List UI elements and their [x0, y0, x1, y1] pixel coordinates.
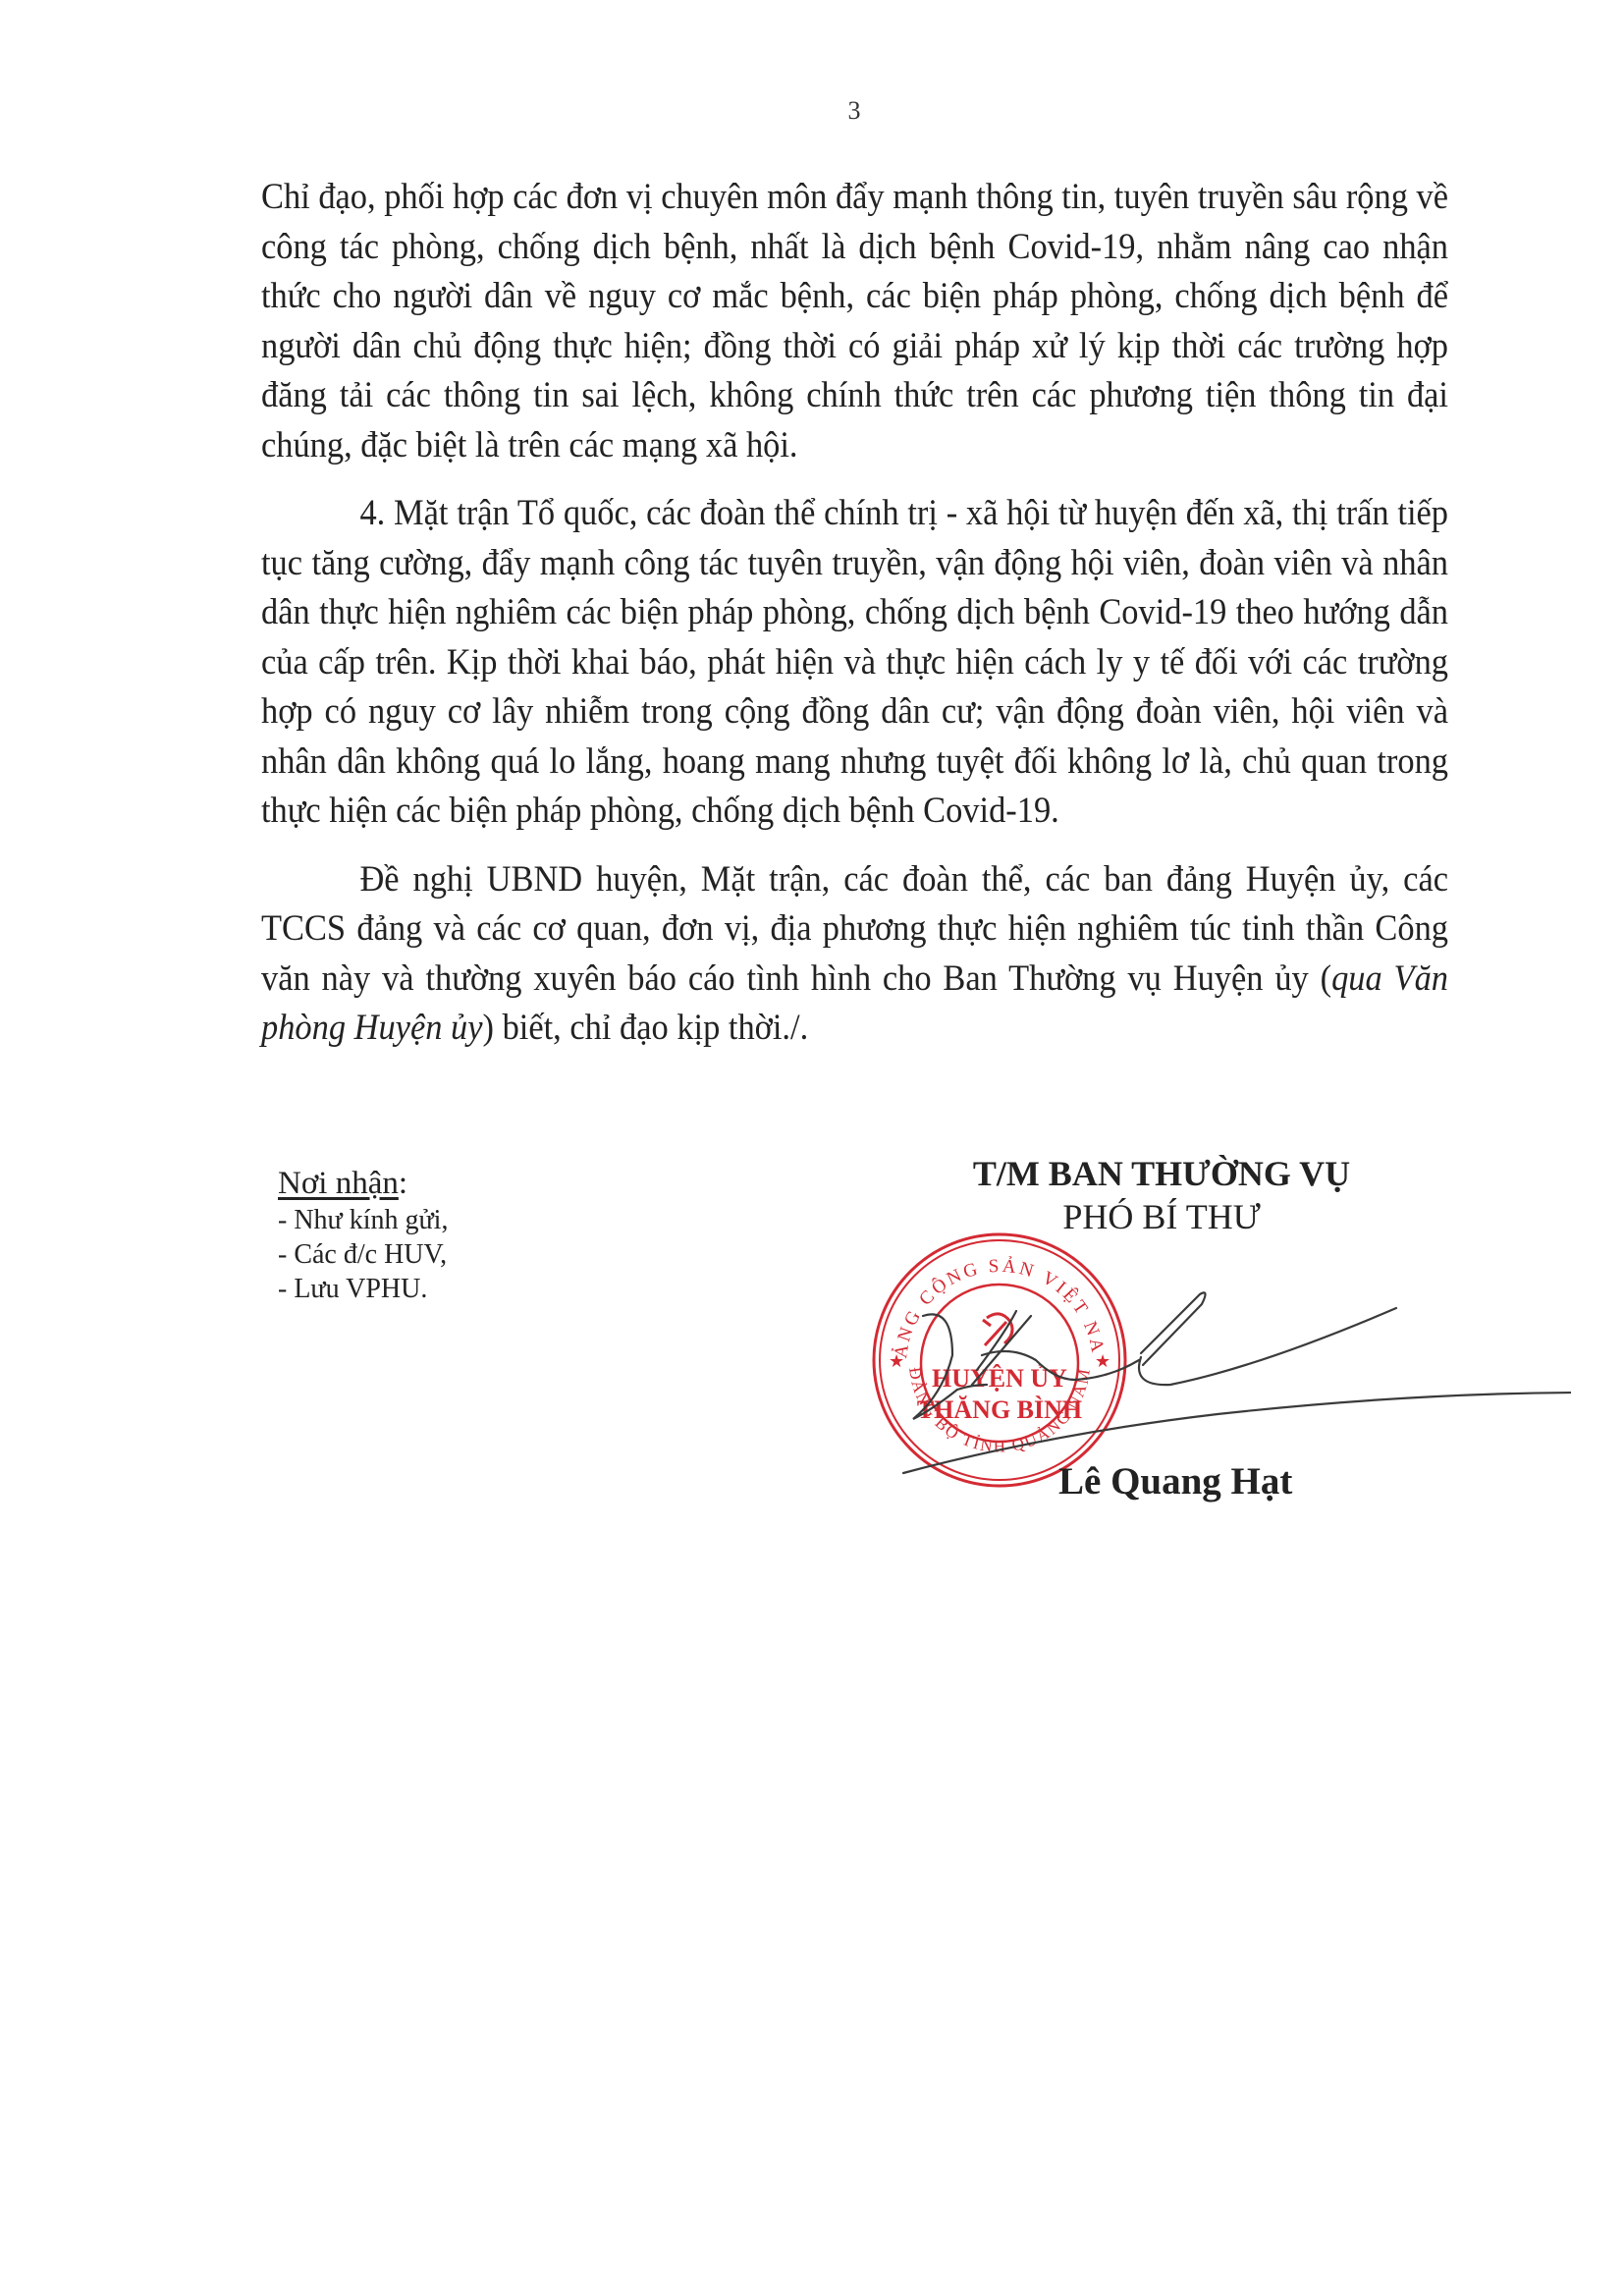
document-body: Chỉ đạo, phối hợp các đơn vị chuyên môn … — [261, 173, 1448, 1054]
page-number: 3 — [0, 96, 1624, 126]
recipients-colon: : — [399, 1166, 407, 1201]
recipients-block: Nơi nhận: - Như kính gửi, - Các đ/c HUV,… — [278, 1167, 448, 1306]
paragraph-propaganda: Chỉ đạo, phối hợp các đơn vị chuyên môn … — [261, 173, 1448, 470]
paragraph-item-4: 4. Mặt trận Tổ quốc, các đoàn thể chính … — [261, 489, 1448, 837]
request-text: Đề nghị UBND huyện, Mặt trận, các đoàn t… — [261, 859, 1448, 999]
signer-name: Lê Quang Hạt — [1058, 1459, 1292, 1503]
recipients-heading: Nơi nhận — [278, 1167, 399, 1201]
recipient-item: - Lưu VPHU. — [278, 1272, 448, 1306]
recipient-item: - Các đ/c HUV, — [278, 1237, 448, 1272]
signature-on-behalf: T/M BAN THƯỜNG VỤ — [923, 1151, 1400, 1196]
recipient-item: - Như kính gửi, — [278, 1203, 448, 1237]
signature-block: T/M BAN THƯỜNG VỤ PHÓ BÍ THƯ — [923, 1151, 1400, 1237]
recipients-list: - Như kính gửi, - Các đ/c HUV, - Lưu VPH… — [278, 1203, 448, 1306]
request-text-end: ) biết, chỉ đạo kịp thời./. — [483, 1008, 809, 1048]
paragraph-request: Đề nghị UBND huyện, Mặt trận, các đoàn t… — [261, 855, 1448, 1054]
